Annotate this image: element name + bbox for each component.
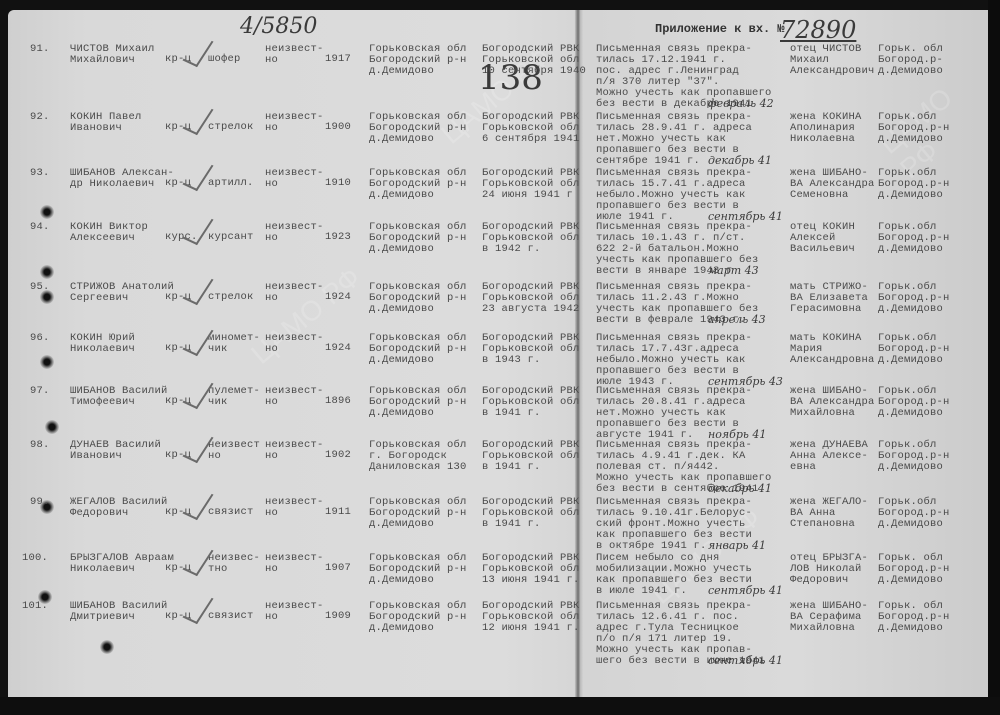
soldier-name: ЧИСТОВ Михаил Михайлович [70,44,155,66]
next-of-kin: жена ШИБАНО- ВА Александра Семеновна [790,168,875,201]
birth-year: 1907 [325,563,351,574]
draft-office: Богородский РВК Горьковской обл 6 сентяб… [482,112,580,145]
birth-year: 1917 [325,54,351,65]
soldier-name: ДУНАЕВ Василий Иванович [70,440,161,462]
birth-year: 1923 [325,232,351,243]
draft-office: Богородский РВК Горьковской обл 12 июня … [482,601,580,634]
soldier-name: КОКИН Виктор Алексеевич [70,222,148,244]
handwritten-date-annotation: сентябрь 41 [708,654,783,667]
draft-office: Богородский РВК Горьковской обл 13 июня … [482,553,580,586]
draft-office: Богородский РВК Горьковской обл 24 июня … [482,168,580,201]
soldier-name: БРЫЗГАЛОВ Авраам Николаевич [70,553,174,575]
next-of-kin: отец БРЫЗГА- ЛОВ Николай Федорович [790,553,868,586]
birthplace: Горьковская обл Богородский р-н д.Демидо… [369,333,467,366]
kin-address: Горьк.обл Богород.р-н д.Демидово [878,497,950,530]
soldier-name: ШИБАНОВ Алексан- др Николаевич [70,168,174,190]
soldier-name: ШИБАНОВ Василий Тимофеевич [70,386,168,408]
birth-year: 1924 [325,343,351,354]
position: пулемет- чик [208,386,260,408]
birth-year: 1900 [325,122,351,133]
handwritten-date-annotation: сентябрь 41 [708,584,783,597]
handwritten-date-annotation: декабрь 41 [708,154,772,167]
punch-hole [40,205,54,219]
party-status: неизвест- но [265,112,324,134]
handwritten-date-annotation: апрель 43 [708,313,766,326]
birthplace: Горьковская обл г. Богородск Даниловская… [369,440,467,473]
archive-number-handwritten: 4/5850 [240,14,317,39]
draft-office: Богородский РВК Горьковской обл в 1943 г… [482,333,580,366]
draft-office: Богородский РВК Горьковской обл 23 авгус… [482,282,580,315]
birth-year: 1910 [325,178,351,189]
birthplace: Горьковская обл Богородский р-н д.Демидо… [369,601,467,634]
next-of-kin: мать КОКИНА Мария Александровна [790,333,875,366]
position: связист [208,507,254,518]
punch-hole [40,265,54,279]
soldier-name: КОКИН Юрий Николаевич [70,333,135,355]
kin-address: Горьк.обл Богород.р-н д.Демидово [878,222,950,255]
birth-year: 1911 [325,507,351,518]
draft-office: Богородский РВК Горьковской обл в 1941 г… [482,440,580,473]
party-status: неизвест- но [265,168,324,190]
header-number-handwritten: 72890 [780,16,856,44]
kin-address: Горьк.обл Богород.р-н д.Демидово [878,386,950,419]
next-of-kin: жена ШИБАНО- ВА Александра Михайловна [790,386,875,419]
draft-office: Богородский РВК Горьковской обл в 1941 г… [482,386,580,419]
next-of-kin: жена ШИБАНО- ВА Серафима Михайловна [790,601,868,634]
soldier-name: СТРИЖОВ Анатолий Сергеевич [70,282,174,304]
birth-year: 1896 [325,396,351,407]
next-of-kin: жена ДУНАЕВА Анна Алексе- евна [790,440,868,473]
position: неизвест но [208,440,260,462]
next-of-kin: жена КОКИНА Аполинария Николаевна [790,112,862,145]
soldier-name: ЖЕГАЛОВ Василий Федорович [70,497,168,519]
record-number: 94. [30,222,50,233]
party-status: неизвест- но [265,601,324,623]
record-number: 99. [30,497,50,508]
party-status: неизвест- но [265,333,324,355]
record-number: 91. [30,44,50,55]
party-status: неизвест- но [265,386,324,408]
kin-address: Горьк. обл Богород.р-н д.Демидово [878,553,950,586]
punch-hole [100,640,114,654]
birthplace: Горьковская обл Богородский р-н д.Демидо… [369,553,467,586]
kin-address: Горьк. обл Богород.р-н д.Демидово [878,601,950,634]
position: миномет- чик [208,333,260,355]
handwritten-date-annotation: февраль 42 [708,97,774,110]
position: неизвес- тно [208,553,260,575]
party-status: неизвест- но [265,440,324,462]
birthplace: Горьковская обл Богородский р-н д.Демидо… [369,497,467,530]
handwritten-date-annotation: январь 41 [708,539,766,552]
next-of-kin: отец КОКИН Алексей Васильевич [790,222,855,255]
party-status: неизвест- но [265,497,324,519]
birth-year: 1909 [325,611,351,622]
birthplace: Горьковская обл Богородский р-н д.Демидо… [369,222,467,255]
punch-hole [40,355,54,369]
soldier-name: КОКИН Павел Иванович [70,112,142,134]
record-number: 93. [30,168,50,179]
kin-address: Горьк. обл Богород.р- д.Демидово [878,44,943,77]
kin-address: Горьк.обл Богород.р-н д.Демидово [878,440,950,473]
document-header: Приложение к вх. № [655,22,785,36]
party-status: неизвест- но [265,553,324,575]
position: артилл. [208,178,254,189]
birthplace: Горьковская обл Богородский р-н д.Демидо… [369,44,467,77]
position: связист [208,611,254,622]
next-of-kin: отец ЧИСТОВ Михаил Александрович [790,44,875,77]
birthplace: Горьковская обл Богородский р-н д.Демидо… [369,386,467,419]
punch-hole [45,420,59,434]
birth-year: 1902 [325,450,351,461]
position: курсант [208,232,254,243]
record-number: 98. [30,440,50,451]
birth-year: 1924 [325,292,351,303]
birthplace: Горьковская обл Богородский р-н д.Демидо… [369,112,467,145]
party-status: неизвест- но [265,44,324,66]
birthplace: Горьковская обл Богородский р-н д.Демидо… [369,168,467,201]
draft-office: Богородский РВК Горьковской обл в 1942 г… [482,222,580,255]
record-number: 95. [30,282,50,293]
record-number: 92. [30,112,50,123]
next-of-kin: мать СТРИЖО- ВА Елизавета Герасимовна [790,282,868,315]
scan-border-bottom [0,697,1000,715]
record-number: 96. [30,333,50,344]
kin-address: Горьк.обл Богород.р-н д.Демидово [878,112,950,145]
handwritten-date-annotation: март 43 [708,264,759,277]
record-number: 97. [30,386,50,397]
draft-office: Богородский РВК Горьковской обл 10 сентя… [482,44,586,77]
kin-address: Горьк.обл Богород.р-н д.Демидово [878,282,950,315]
soldier-name: ШИБАНОВ Василий Дмитриевич [70,601,168,623]
kin-address: Горьк.обл Богород.р-н д.Демидово [878,333,950,366]
party-status: неизвест- но [265,282,324,304]
position: стрелок [208,122,254,133]
draft-office: Богородский РВК Горьковской обл в 1941 г… [482,497,580,530]
record-number: 101. [22,601,48,612]
position: стрелок [208,292,254,303]
kin-address: Горьк.обл Богород.р-н д.Демидово [878,168,950,201]
handwritten-date-annotation: декабрь 41 [708,482,772,495]
birthplace: Горьковская обл Богородский р-н д.Демидо… [369,282,467,315]
party-status: неизвест- но [265,222,324,244]
position: шофер [208,54,241,65]
record-number: 100. [22,553,48,564]
next-of-kin: жена ЖЕГАЛО- ВА Анна Степановна [790,497,868,530]
